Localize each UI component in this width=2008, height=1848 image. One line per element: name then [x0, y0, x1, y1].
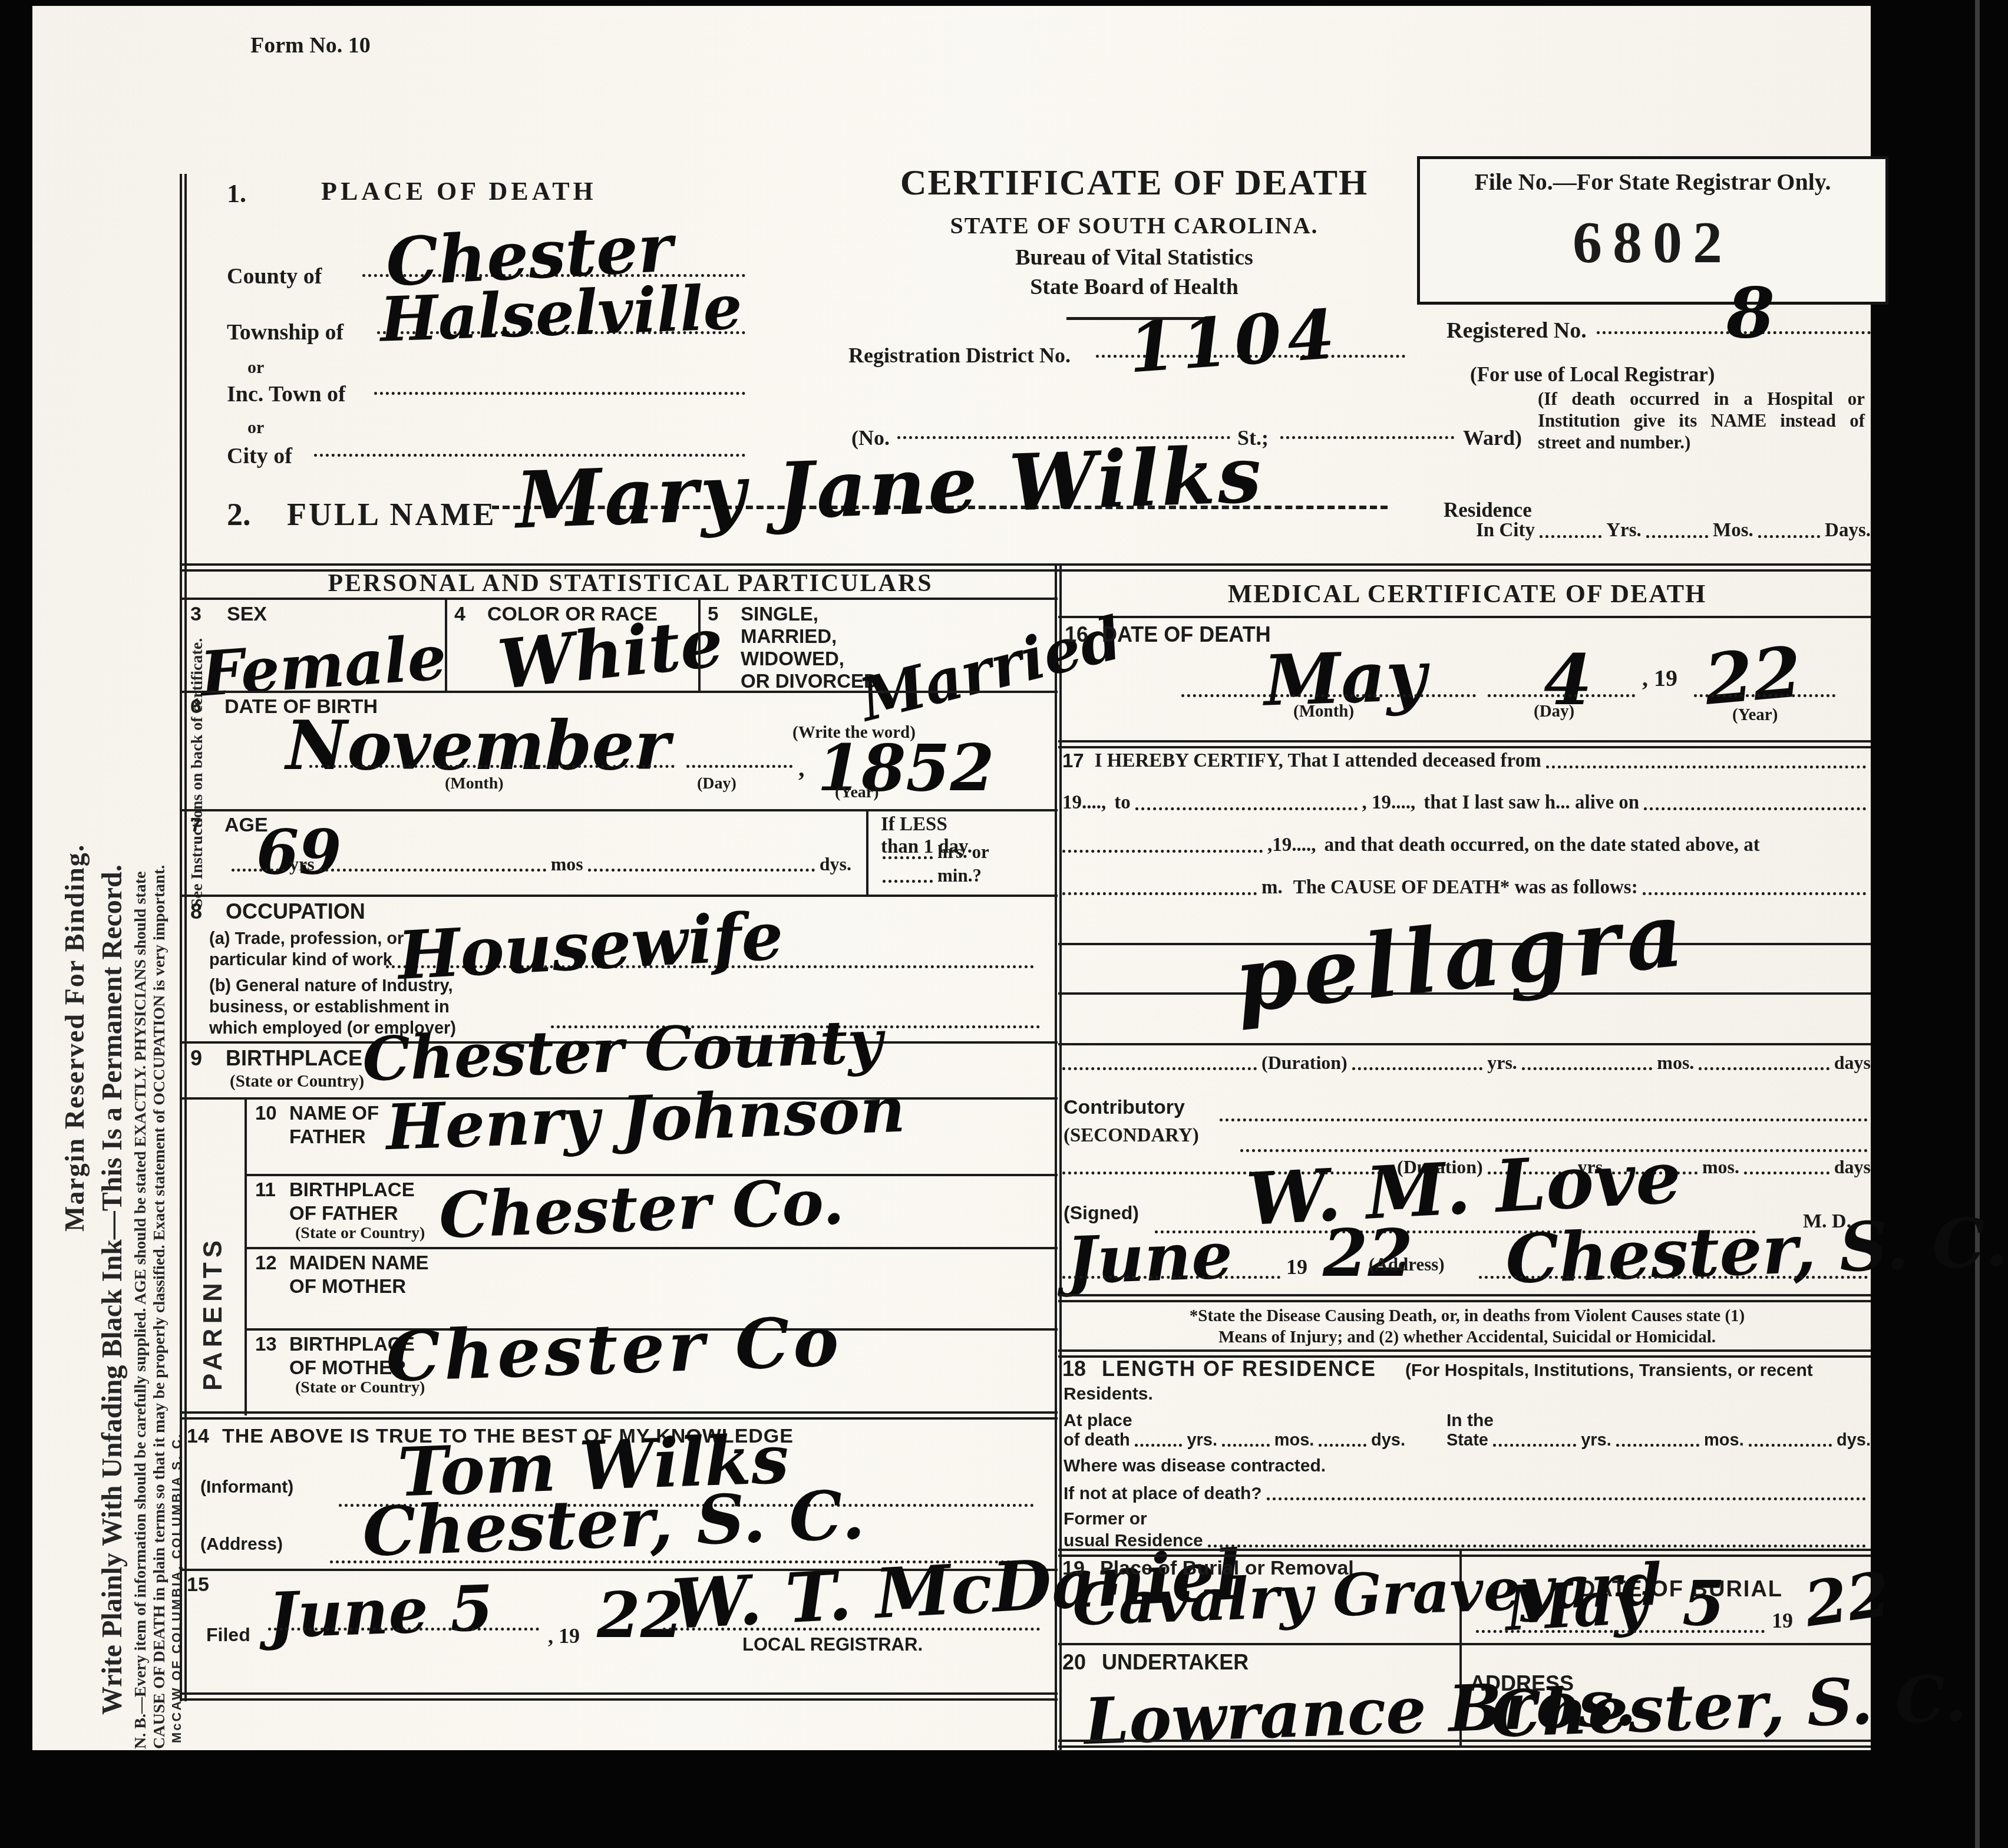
of-death-label: of death — [1064, 1431, 1130, 1450]
race-value-handwriting: White — [495, 608, 726, 699]
footnote-line2: Means of Injury; and (2) whether Acciden… — [1069, 1328, 1865, 1346]
registrar-signature-blank — [663, 1628, 1040, 1631]
father-name-handwriting: Henry Johnson — [385, 1078, 906, 1159]
form-left-border — [180, 174, 187, 1701]
duration1-days: days — [1834, 1052, 1871, 1074]
inc-town-label: Inc. Town of — [227, 383, 346, 407]
duration-label-1: (Duration) — [1261, 1052, 1348, 1074]
street-blank — [1280, 436, 1454, 439]
residence-label: Residence — [1444, 500, 1532, 522]
medical-section-title: MEDICAL CERTIFICATE OF DEATH — [1061, 580, 1874, 608]
father-bp-row-bottom-rule — [245, 1247, 1058, 1249]
occupation-value-handwriting: Housewife — [397, 903, 785, 989]
certify-line3: ,19...., and that death occurred, on the… — [1062, 834, 1871, 856]
inc-town-blank-line — [374, 392, 745, 395]
burial-month-handwriting: May — [1504, 1571, 1650, 1640]
undertaker-label: UNDERTAKER — [1102, 1651, 1249, 1674]
full-name-label: FULL NAME — [287, 498, 497, 532]
duration1-mos: mos. — [1657, 1052, 1694, 1074]
certificate-address-blank — [1479, 1276, 1868, 1279]
local-registrar-use-note: (For use of Local Registrar) — [1470, 364, 1715, 386]
informant-label: (Informant) — [200, 1478, 293, 1497]
residence-yrs-label: Yrs. — [1606, 520, 1642, 542]
item2-number: 2. — [227, 498, 251, 532]
registration-district-value-handwriting: 1104 — [1126, 301, 1342, 383]
undertaker-address-handwriting: Chester, S. C. — [1490, 1666, 1967, 1747]
hrs-or-label: hrs. or — [937, 841, 989, 863]
contributory-blank-1 — [1220, 1118, 1868, 1121]
left-column-bottom-rule — [180, 1692, 1058, 1701]
in-the-label: In the — [1446, 1411, 1494, 1430]
instate-mos: mos. — [1704, 1431, 1744, 1450]
contributory-label: Contributory — [1064, 1097, 1185, 1118]
age-dys-label: dys. — [820, 853, 851, 875]
burial-year-handwriting: 22 — [1801, 1563, 1894, 1635]
margin-write-plainly-note: Write Plainly With Unfading Black Ink—Th… — [96, 864, 128, 1715]
undertaker-number: 20 — [1062, 1651, 1086, 1674]
certificate-address-label: (Address) — [1369, 1255, 1445, 1275]
in-state-line: State yrs. mos. dys. — [1446, 1431, 1871, 1450]
dod-label: DATE OF DEATH — [1102, 623, 1271, 646]
dob-row-bottom-rule — [180, 809, 1058, 811]
dod-year-blank — [1694, 694, 1835, 697]
registered-no-label: Registered No. — [1446, 319, 1587, 343]
dod-19-printed: , 19 — [1642, 666, 1677, 691]
birthplace-sublabel: (State or Country) — [230, 1072, 364, 1090]
min-label: min.? — [937, 865, 982, 886]
burial-row-bottom-rule — [1058, 1643, 1871, 1645]
bureau-line: Bureau of Vital Statistics — [834, 246, 1435, 270]
township-label: Township of — [227, 321, 344, 345]
dod-year-handwriting: 22 — [1702, 637, 1804, 715]
scanner-edge-artifact — [1975, 0, 1980, 1848]
instate-yrs: yrs. — [1581, 1431, 1611, 1450]
dob-month-sublabel: (Month) — [445, 775, 504, 792]
occupation-b-line1: (b) General nature of Industry, — [209, 977, 453, 995]
personal-header-rule — [180, 598, 1058, 600]
full-name-value-handwriting: Mary Jane Wilks — [514, 436, 1265, 540]
sex-label: SEX — [227, 604, 267, 625]
mother-maiden-number: 12 — [255, 1253, 277, 1273]
certify-m-label: m. — [1261, 877, 1283, 899]
burial-date-blank — [1476, 1630, 1765, 1633]
file-number-box: File No.—For State Registrar Only. 6802 — [1417, 156, 1888, 305]
dod-bottom-rule — [1058, 740, 1871, 748]
county-label: County of — [227, 265, 322, 289]
duration1-yrs: yrs. — [1487, 1052, 1517, 1074]
personal-section-title: PERSONAL AND STATISTICAL PARTICULARS — [209, 570, 1052, 596]
residents-label: Residents. — [1064, 1385, 1153, 1404]
hospital-instruction-note: (If death occurred in a Hospital or Inst… — [1538, 388, 1865, 454]
or-label-1: or — [247, 358, 264, 377]
if-less-line1: If LESS — [881, 814, 947, 835]
father-birthplace-label1: BIRTHPLACE — [289, 1180, 415, 1200]
residence-section-bottom-rule — [1058, 1549, 1871, 1557]
filed-19-printed: , 19 — [548, 1625, 580, 1648]
father-birthplace-number: 11 — [255, 1180, 276, 1200]
occupation-number: 8 — [190, 900, 202, 923]
residence-days-label: Days. — [1825, 520, 1871, 542]
sex-number: 3 — [190, 604, 202, 625]
marital-option-married: MARRIED, — [741, 626, 837, 647]
instate-dys: dys. — [1837, 1431, 1871, 1450]
age-ifless-divider — [866, 809, 868, 895]
father-birthplace-sublabel: (State or Country) — [295, 1225, 425, 1242]
burial-day-handwriting: 5 — [1682, 1573, 1725, 1635]
medical-header-rule — [1058, 616, 1871, 618]
duration2-days: days — [1834, 1156, 1871, 1178]
item1-number: 1. — [227, 180, 246, 207]
dob-month-handwriting: November — [286, 712, 670, 779]
secondary-label: (SECONDARY) — [1064, 1126, 1199, 1146]
certificate-sheet: Margin Reserved For Binding. Write Plain… — [32, 6, 1871, 1750]
dob-comma: , — [798, 755, 805, 781]
birthplace-label: BIRTHPLACE — [226, 1047, 362, 1070]
dob-year-sublabel: (Year) — [835, 784, 879, 801]
min-line: min.? — [878, 865, 1019, 886]
age-yrs-label: yrs — [289, 853, 315, 875]
parents-inner-divider — [245, 1097, 247, 1415]
father-label-line2: FATHER — [289, 1127, 366, 1147]
marital-number: 5 — [708, 604, 718, 625]
age-number: 7 — [190, 815, 202, 836]
certificate-title: CERTIFICATE OF DEATH — [834, 164, 1435, 202]
certify-19a: 19...., — [1062, 792, 1106, 814]
file-number-value: 6802 — [1420, 211, 1885, 273]
certify-text-1: I HEREBY CERTIFY, That I attended deceas… — [1095, 750, 1541, 772]
certify-death-occurred: and that death occurred, on the date sta… — [1325, 834, 1760, 856]
occupation-b-line2: business, or establishment in — [209, 998, 450, 1016]
filed-date-blank — [268, 1628, 539, 1631]
duration-line-1: (Duration) yrs. mos. days — [1062, 1052, 1871, 1074]
margin-nb-note-line2: CAUSE OF DEATH in plain terms so that it… — [150, 865, 169, 1749]
dod-day-blank — [1488, 694, 1635, 697]
occupation-a-line2: particular kind of work — [209, 951, 392, 969]
footnote-line1: *State the Disease Causing Death, or, in… — [1069, 1307, 1865, 1325]
form-number: Form No. 10 — [250, 34, 371, 58]
certify-19c: ,19...., — [1267, 834, 1316, 856]
certify-number: 17 — [1062, 750, 1084, 772]
dod-number: 16 — [1065, 623, 1088, 646]
dob-number: 6 — [190, 697, 202, 718]
certificate-address-handwriting: Chester, S. C. — [1504, 1208, 2008, 1293]
item14-number: 14 — [187, 1426, 209, 1447]
right-column-bottom-rule — [1058, 1740, 1871, 1748]
marital-option-single: SINGLE, — [741, 604, 818, 625]
dob-day-sublabel: (Day) — [697, 775, 737, 792]
township-value-handwriting: Halselville — [379, 276, 743, 350]
atplace-dys: dys. — [1371, 1431, 1405, 1450]
father-number: 10 — [255, 1103, 277, 1124]
mother-maiden-label1: MAIDEN NAME — [289, 1253, 429, 1273]
usual-residence-line: usual Residence — [1064, 1531, 1871, 1551]
race-number: 4 — [454, 604, 465, 625]
occupation-a-line1: (a) Trade, profession, or — [209, 930, 404, 948]
residence-section-label: LENGTH OF RESIDENCE — [1102, 1358, 1376, 1380]
if-not-label: If not at place of death? — [1064, 1484, 1262, 1504]
informant-address-handwriting: Chester, S. C. — [361, 1481, 866, 1566]
filed-date-handwriting: June 5 — [267, 1576, 494, 1646]
certify-line2: 19...., to , 19...., that I last saw h..… — [1062, 792, 1871, 814]
cause-line-3 — [1058, 1043, 1871, 1045]
ward-label: Ward) — [1463, 427, 1522, 450]
filed-year-handwriting: 22 — [597, 1584, 684, 1646]
atplace-yrs: yrs. — [1187, 1431, 1217, 1450]
usual-residence-label: usual Residence — [1064, 1531, 1203, 1551]
residence-mos-label: Mos. — [1713, 520, 1753, 542]
certify-to: to — [1114, 792, 1131, 814]
birthplace-number: 9 — [190, 1047, 202, 1070]
sex-value-handwriting: Female — [199, 627, 448, 705]
scanned-death-certificate: Margin Reserved For Binding. Write Plain… — [0, 0, 2008, 1848]
former-or-label: Former or — [1064, 1510, 1147, 1529]
parents-vertical-label: PARENTS — [199, 1236, 228, 1391]
residence-section-number: 18 — [1062, 1358, 1086, 1380]
margin-binding-note: Margin Reserved For Binding. — [59, 844, 90, 1232]
in-city-label: In City — [1476, 520, 1535, 542]
age-mos-label: mos — [551, 853, 583, 875]
dob-day-blank — [686, 765, 792, 768]
certificate-19-printed: 19 — [1286, 1256, 1307, 1279]
dod-month-sublabel: (Month) — [1293, 702, 1354, 720]
filed-label: Filed — [206, 1625, 250, 1645]
certificate-date-month-handwriting: June — [1065, 1223, 1234, 1293]
at-place-label: At place — [1064, 1411, 1132, 1430]
margin-nb-note-line1: N. B.—Every item of information should b… — [131, 872, 150, 1749]
registered-no-value-handwriting: 8 — [1726, 278, 1775, 348]
at-place-of-death-line: of death yrs. mos. dys. — [1064, 1431, 1405, 1450]
where-contracted-label: Where was disease contracted. — [1064, 1457, 1326, 1476]
item15-number: 15 — [187, 1575, 209, 1596]
board-line: State Board of Health — [834, 276, 1435, 299]
dob-month-blank — [309, 765, 675, 768]
cause-of-death-handwriting: pellagra — [1231, 890, 1693, 1025]
father-birthplace-label2: OF FATHER — [289, 1203, 398, 1224]
certificate-year-handwriting: 22 — [1323, 1221, 1413, 1286]
certificate-bottom-rule — [1058, 1294, 1871, 1302]
file-box-title: File No.—For State Registrar Only. — [1420, 170, 1885, 194]
age-row-bottom-rule — [180, 895, 1058, 897]
informant-address-label: (Address) — [200, 1535, 283, 1554]
dod-day-sublabel: (Day) — [1534, 702, 1574, 720]
local-registrar-label: LOCAL REGISTRAR. — [742, 1635, 923, 1655]
state-label: State — [1446, 1431, 1488, 1450]
certify-line4: m. The CAUSE OF DEATH* was as follows: — [1062, 877, 1871, 899]
mother-birthplace-number: 13 — [255, 1334, 277, 1355]
father-label-line1: NAME OF — [289, 1103, 379, 1124]
sex-row-bottom-rule — [180, 691, 1058, 693]
mother-birthplace-handwriting: Chester Co — [385, 1308, 843, 1392]
or-label-2: or — [247, 418, 264, 437]
residence-section-note: (For Hospitals, Institutions, Transients… — [1405, 1361, 1813, 1380]
certify-last-saw: that I last saw h... alive on — [1424, 792, 1639, 814]
parents-bottom-double-rule — [180, 1411, 1058, 1420]
atplace-mos: mos. — [1274, 1431, 1315, 1450]
duration2-mos: mos. — [1702, 1156, 1739, 1178]
city-label: City of — [227, 445, 292, 468]
certify-line1: 17 I HEREBY CERTIFY, That I attended dec… — [1062, 750, 1871, 772]
place-of-death-title: PLACE OF DEATH — [321, 178, 597, 205]
occupation-label: OCCUPATION — [226, 900, 365, 923]
state-line: STATE OF SOUTH CAROLINA. — [834, 213, 1435, 238]
dod-year-sublabel: (Year) — [1732, 706, 1778, 724]
mother-maiden-label2: OF MOTHER — [289, 1276, 406, 1297]
certificate-date-blank — [1062, 1276, 1280, 1279]
race-marital-divider — [698, 600, 701, 691]
sex-race-divider — [445, 600, 447, 691]
if-not-line: If not at place of death? — [1064, 1484, 1871, 1504]
burial-19-printed: 19 — [1772, 1610, 1793, 1632]
dod-month-blank — [1181, 694, 1476, 697]
marital-option-widowed: WIDOWED, — [741, 649, 844, 669]
residence-in-city-line: In City Yrs. Mos. Days. — [1476, 520, 1871, 542]
certify-19b: , 19...., — [1362, 792, 1416, 814]
hrs-or-line: hrs. or — [878, 841, 1034, 863]
age-units-line: yrs mos dys. — [227, 853, 851, 875]
father-birthplace-handwriting: Chester Co. — [438, 1170, 845, 1247]
registration-district-label: Registration District No. — [848, 345, 1071, 367]
